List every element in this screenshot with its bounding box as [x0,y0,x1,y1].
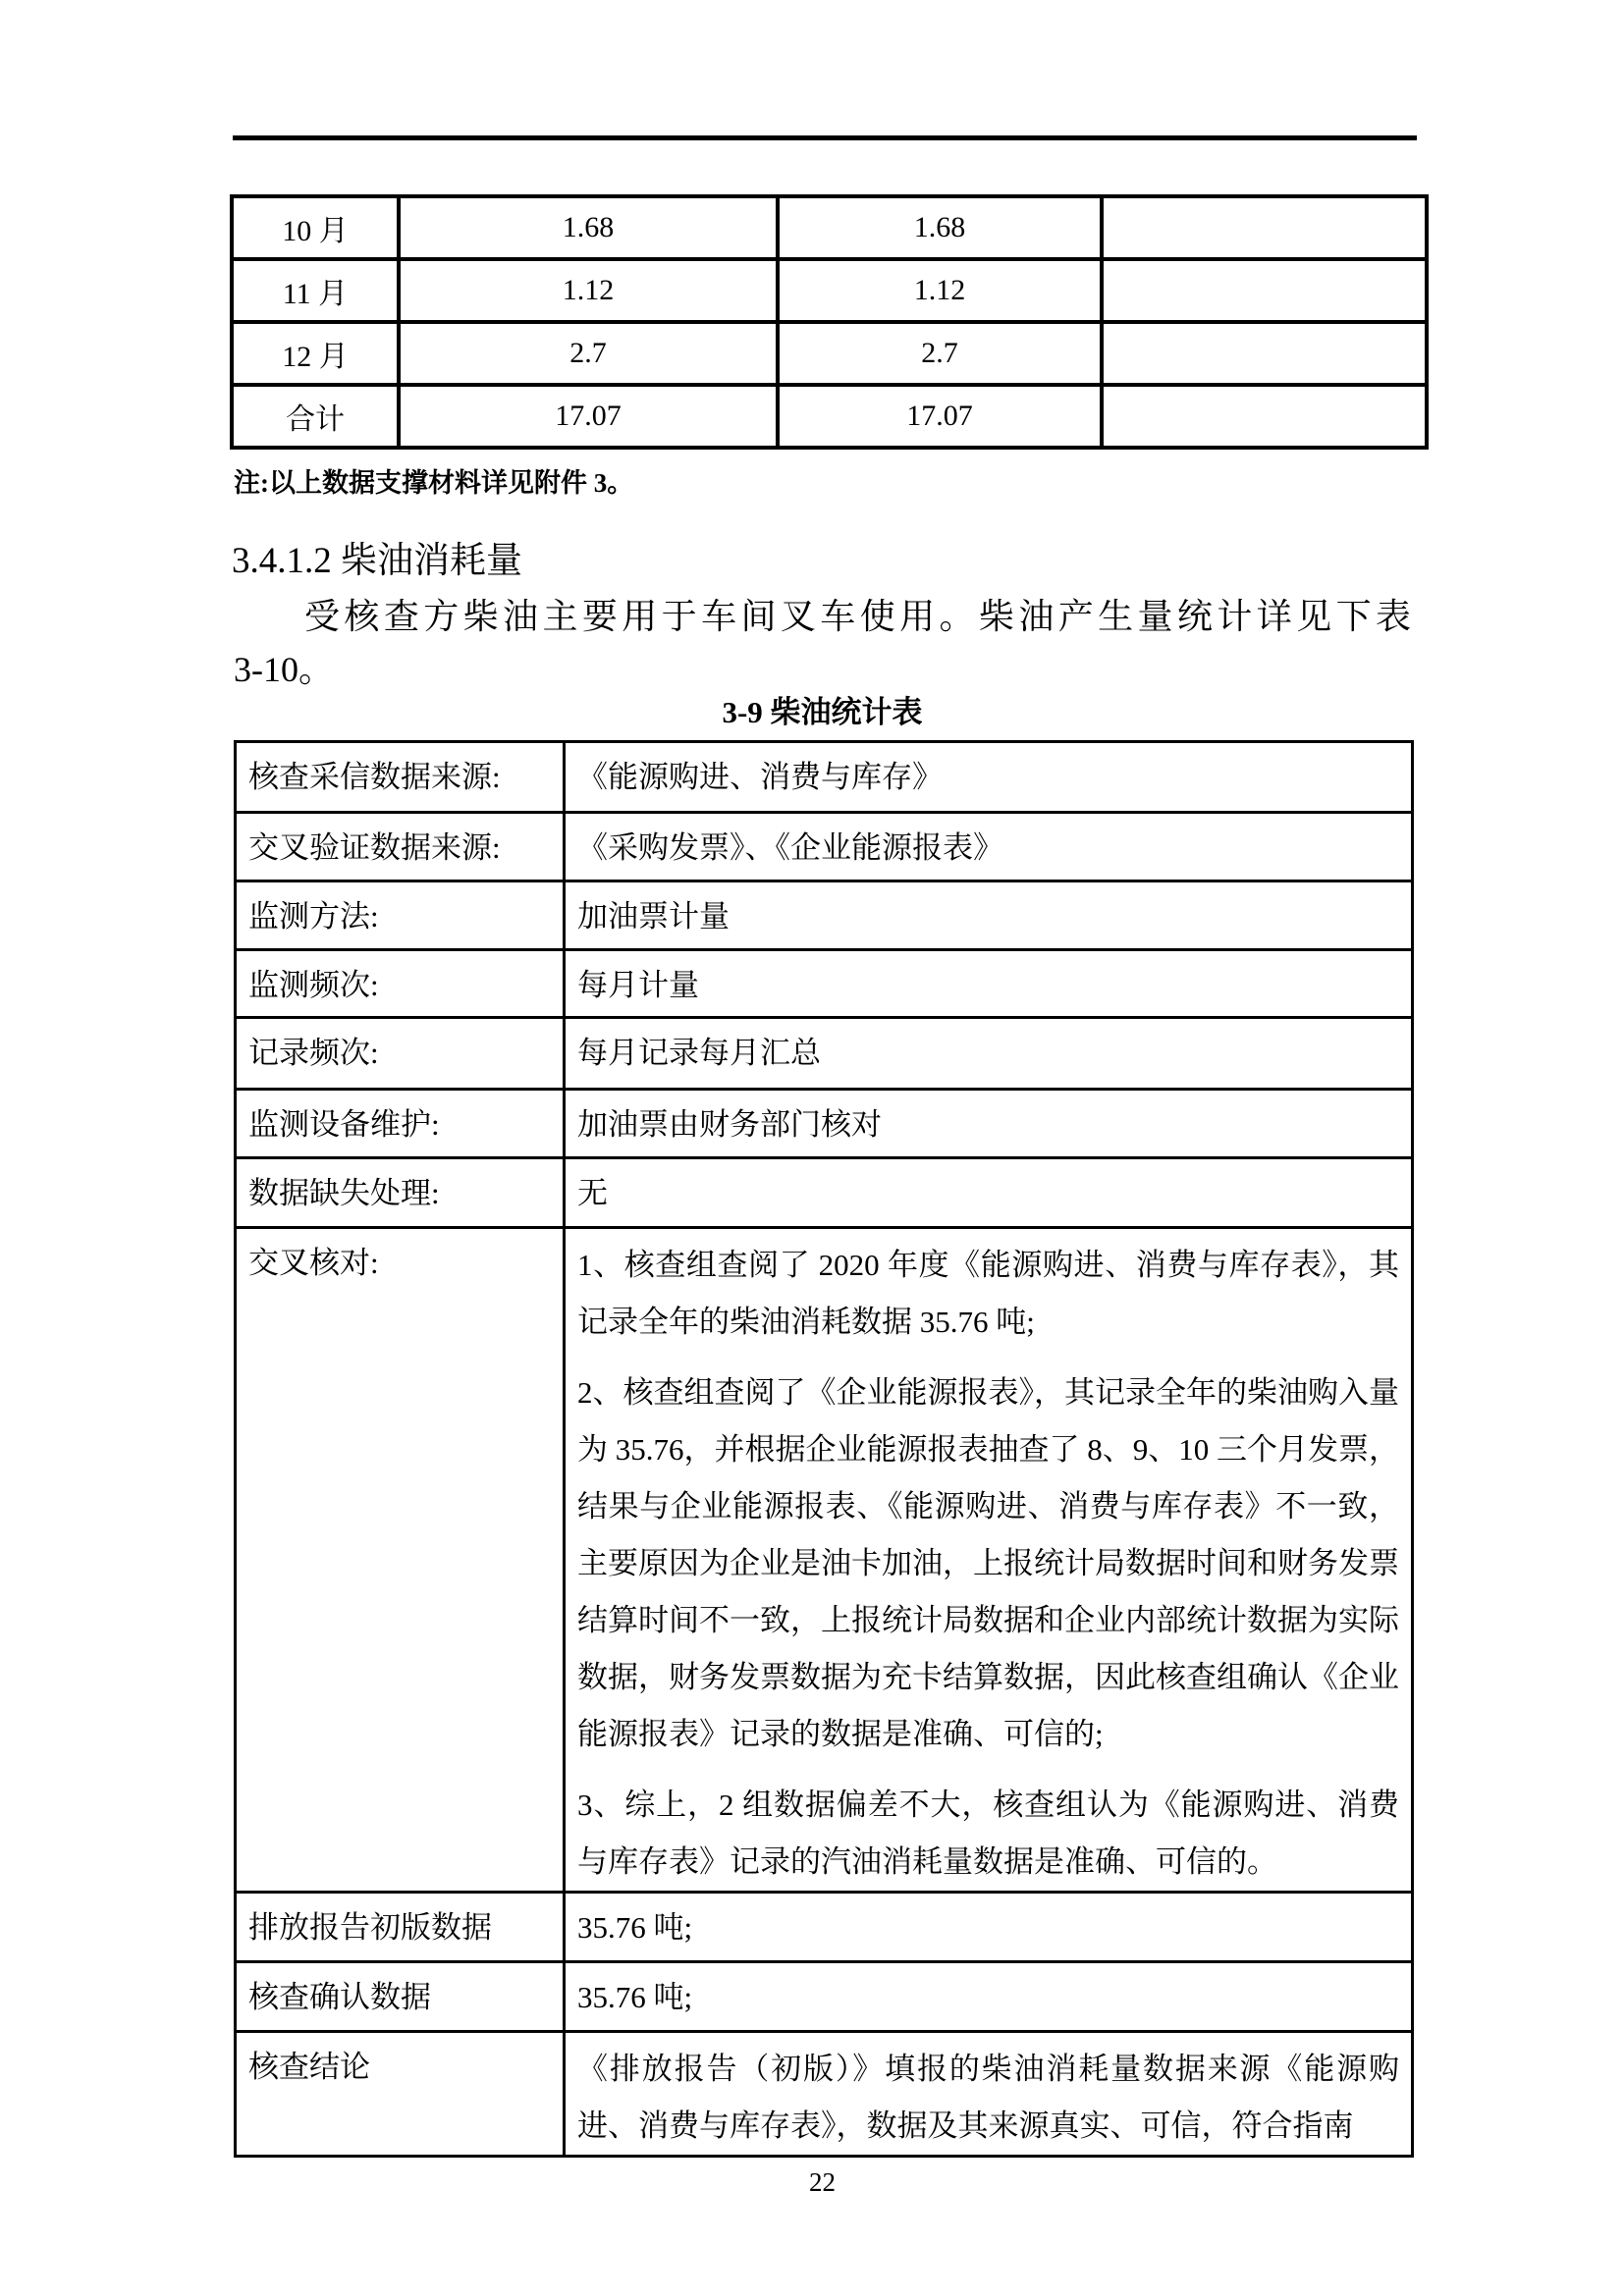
row-label: 监测设备维护: [236,1090,565,1158]
page-header-rule [233,135,1417,140]
month-cell: 10 月 [232,196,399,259]
table-row: 交叉验证数据来源: 《采购发票》、《企业能源报表》 [236,813,1413,881]
row-label: 监测方法: [236,881,565,950]
body-paragraph-line2: 3-10。 [234,642,334,692]
row-value: 《能源购进、消费与库存》 [565,742,1413,813]
row-value: 无 [565,1158,1413,1228]
cross-check-paragraphs: 1、核查组查阅了 2020 年度《能源购进、消费与库存表》，其记录全年的柴油消耗… [577,1237,1399,1891]
value-cell: 1.12 [778,259,1102,322]
table-row: 11 月 1.12 1.12 [232,259,1427,322]
body-paragraph-line1: 受核查方柴油主要用于车间叉车使用。柴油产生量统计详见下表 [234,589,1411,639]
row-value: 加油票由财务部门核对 [565,1090,1413,1158]
table-row: 交叉核对: 1、核查组查阅了 2020 年度《能源购进、消费与库存表》，其记录全… [236,1228,1413,1893]
cross-check-item: 3、综上，2 组数据偏差不大，核查组认为《能源购进、消费与库存表》记录的汽油消耗… [577,1777,1399,1891]
table-row: 数据缺失处理: 无 [236,1158,1413,1228]
value-cell: 2.7 [399,322,778,385]
conclusion-text: 《排放报告（初版）》填报的柴油消耗量数据来源《能源购进、消费与库存表》，数据及其… [577,2041,1399,2155]
value-cell: 17.07 [778,385,1102,448]
empty-cell [1102,385,1427,448]
table-row: 核查确认数据 35.76 吨; [236,1962,1413,2032]
document-page: 10 月 1.68 1.68 11 月 1.12 1.12 12 月 2.7 2… [0,0,1624,2296]
table-row: 记录频次: 每月记录每月汇总 [236,1018,1413,1090]
cross-check-item: 1、核查组查阅了 2020 年度《能源购进、消费与库存表》，其记录全年的柴油消耗… [577,1237,1399,1351]
value-cell: 1.68 [399,196,778,259]
row-label: 监测频次: [236,950,565,1018]
row-label: 排放报告初版数据 [236,1893,565,1962]
table-row: 监测方法: 加油票计量 [236,881,1413,950]
page-number: 22 [234,2167,1411,2198]
table-row: 10 月 1.68 1.68 [232,196,1427,259]
empty-cell [1102,196,1427,259]
table-row: 监测频次: 每月计量 [236,950,1413,1018]
row-label: 核查结论 [236,2032,565,2157]
empty-cell [1102,322,1427,385]
cross-check-item: 2、核查组查阅了《企业能源报表》，其记录全年的柴油购入量为 35.76，并根据企… [577,1364,1399,1763]
month-cell: 11 月 [232,259,399,322]
row-label: 数据缺失处理: [236,1158,565,1228]
row-value: 每月计量 [565,950,1413,1018]
table-row: 监测设备维护: 加油票由财务部门核对 [236,1090,1413,1158]
row-value: 1、核查组查阅了 2020 年度《能源购进、消费与库存表》，其记录全年的柴油消耗… [565,1228,1413,1893]
total-cell: 合计 [232,385,399,448]
row-value: 《采购发票》、《企业能源报表》 [565,813,1413,881]
month-cell: 12 月 [232,322,399,385]
value-cell: 1.12 [399,259,778,322]
table-caption: 3-9 柴油统计表 [234,687,1411,731]
row-value: 加油票计量 [565,881,1413,950]
table-row: 合计 17.07 17.07 [232,385,1427,448]
table-row: 排放报告初版数据 35.76 吨; [236,1893,1413,1962]
row-label: 核查确认数据 [236,1962,565,2032]
table-row: 核查结论 《排放报告（初版）》填报的柴油消耗量数据来源《能源购进、消费与库存表》… [236,2032,1413,2157]
row-label: 交叉核对: [236,1228,565,1893]
row-value: 35.76 吨; [565,1962,1413,2032]
value-cell: 1.68 [778,196,1102,259]
diesel-statistics-table: 核查采信数据来源: 《能源购进、消费与库存》 交叉验证数据来源: 《采购发票》、… [234,740,1414,2158]
value-cell: 2.7 [778,322,1102,385]
empty-cell [1102,259,1427,322]
table-note: 注:以上数据支撑材料详见附件 3。 [234,461,633,500]
table-row: 12 月 2.7 2.7 [232,322,1427,385]
value-cell: 17.07 [399,385,778,448]
row-label: 记录频次: [236,1018,565,1090]
row-label: 核查采信数据来源: [236,742,565,813]
section-heading: 3.4.1.2 柴油消耗量 [232,530,522,583]
monthly-fuel-table: 10 月 1.68 1.68 11 月 1.12 1.12 12 月 2.7 2… [230,194,1429,450]
row-value: 35.76 吨; [565,1893,1413,1962]
row-value: 每月记录每月汇总 [565,1018,1413,1090]
row-label: 交叉验证数据来源: [236,813,565,881]
row-value: 《排放报告（初版）》填报的柴油消耗量数据来源《能源购进、消费与库存表》，数据及其… [565,2032,1413,2157]
table-row: 核查采信数据来源: 《能源购进、消费与库存》 [236,742,1413,813]
